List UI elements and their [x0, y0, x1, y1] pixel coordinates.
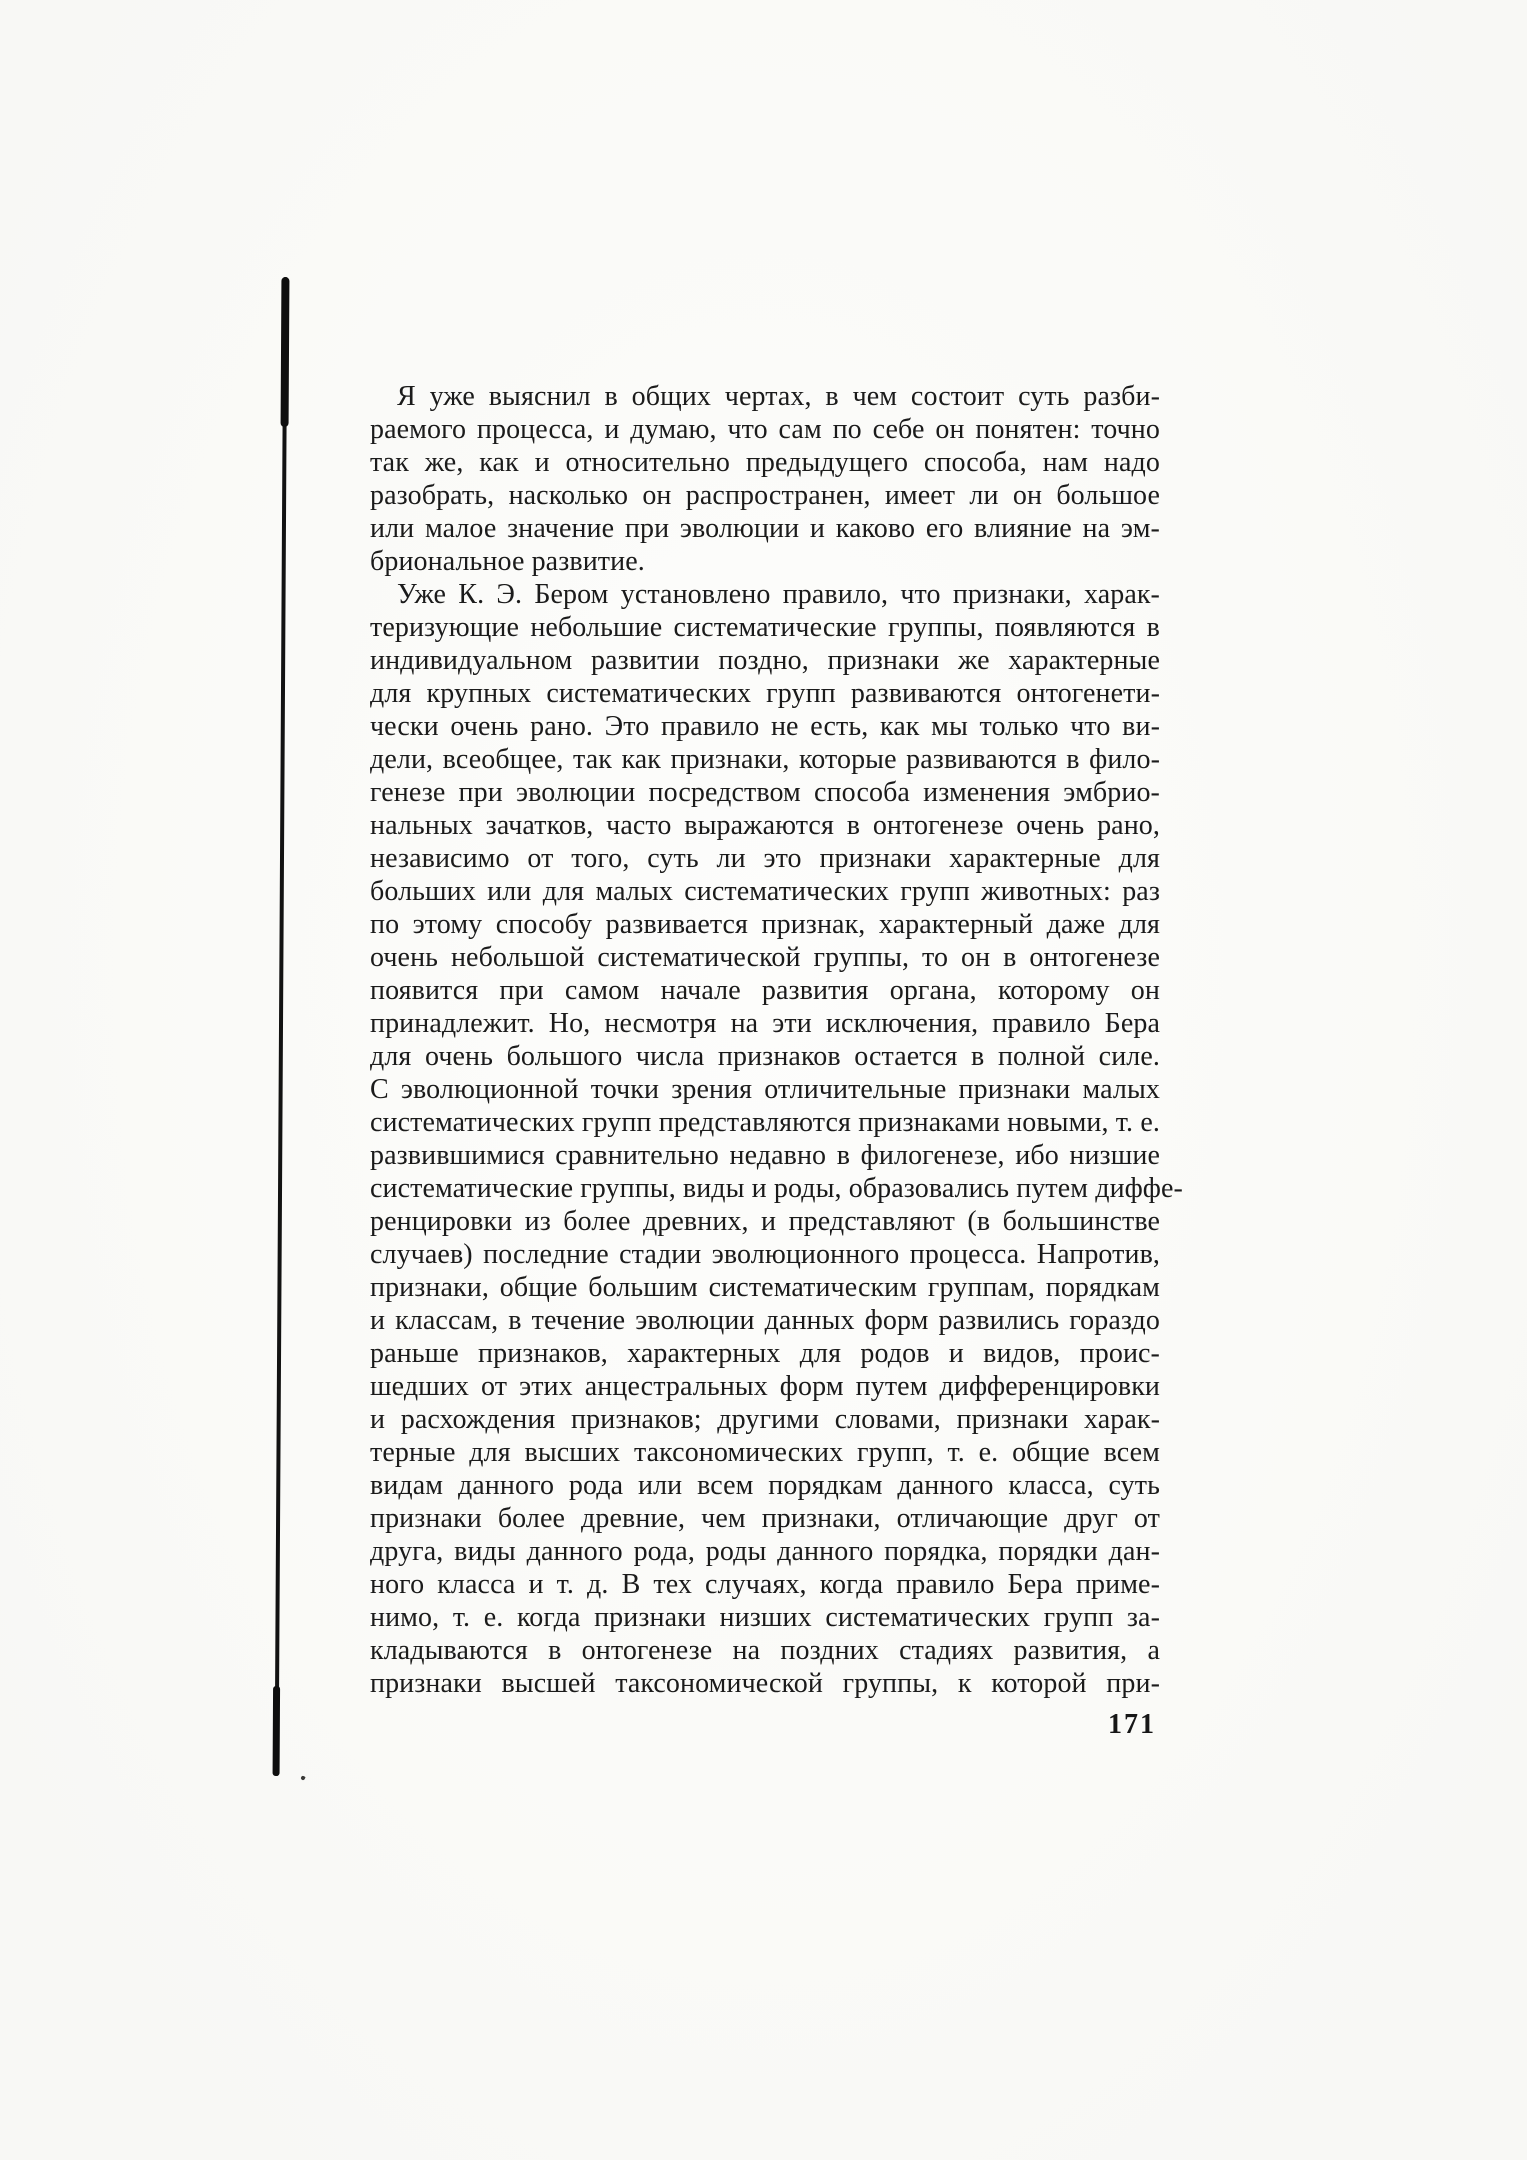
text-line: чески очень рано. Это правило не есть, к…: [370, 710, 1160, 743]
gutter-line-thick-bottom: [273, 1686, 281, 1776]
text-line: шедших от этих анцестральных форм путем …: [370, 1370, 1160, 1403]
scanned-book-page: Я уже выяснил в общих чертах, в чем сост…: [0, 0, 1527, 2160]
text-line: теризующие небольшие систематические гру…: [370, 611, 1160, 644]
text-line: индивидуальном развитии поздно, признаки…: [370, 644, 1160, 677]
text-line: развившимися сравнительно недавно в фило…: [370, 1139, 1160, 1172]
text-line: бриональное развитие.: [370, 545, 1160, 578]
text-line: нимо, т. е. когда признаки низших систем…: [370, 1601, 1160, 1634]
text-line: генезе при эволюции посредством способа …: [370, 776, 1160, 809]
text-line: случаев) последние стадии эволюционного …: [370, 1238, 1160, 1271]
text-line: для крупных систематических групп развив…: [370, 677, 1160, 710]
text-line: Я уже выяснил в общих чертах, в чем сост…: [370, 380, 1160, 413]
text-line: С эволюционной точки зрения отличительны…: [370, 1073, 1160, 1106]
text-line: так же, как и относительно предыдущего с…: [370, 446, 1160, 479]
text-line: по этому способу развивается признак, ха…: [370, 908, 1160, 941]
text-line: и расхождения признаков; другими словами…: [370, 1403, 1160, 1436]
text-line: раемого процесса, и думаю, что сам по се…: [370, 413, 1160, 446]
text-line: или малое значение при эволюции и каково…: [370, 512, 1160, 545]
text-line: дели, всеобщее, так как признаки, которы…: [370, 743, 1160, 776]
ink-speck: [300, 1775, 305, 1780]
gutter-line-thick-top: [281, 277, 290, 427]
text-block: Я уже выяснил в общих чертах, в чем сост…: [370, 380, 1160, 1700]
text-line: нальных зачатков, часто выражаются в онт…: [370, 809, 1160, 842]
text-line: ренцировки из более древних, и представл…: [370, 1205, 1160, 1238]
text-line: признаки более древние, чем признаки, от…: [370, 1502, 1160, 1535]
text-line: видам данного рода или всем порядкам дан…: [370, 1469, 1160, 1502]
text-line: признаки высшей таксономической группы, …: [370, 1667, 1160, 1700]
text-line: друга, виды данного рода, роды данного п…: [370, 1535, 1160, 1568]
text-line: очень небольшой систематической группы, …: [370, 941, 1160, 974]
page-number: 171: [1108, 1709, 1168, 1741]
text-line: появится при самом начале развития орган…: [370, 974, 1160, 1007]
text-line: терные для высших таксономических групп,…: [370, 1436, 1160, 1469]
text-line: больших или для малых систематических гр…: [370, 875, 1160, 908]
text-line: принадлежит. Но, несмотря на эти исключе…: [370, 1007, 1160, 1040]
text-line: Уже К. Э. Бером установлено правило, что…: [370, 578, 1160, 611]
text-line: и классам, в течение эволюции данных фор…: [370, 1304, 1160, 1337]
text-line: кладываются в онтогенезе на поздних стад…: [370, 1634, 1160, 1667]
text-line: для очень большого числа признаков остае…: [370, 1040, 1160, 1073]
text-line: систематические группы, виды и роды, обр…: [370, 1172, 1160, 1205]
text-line: признаки, общие большим систематическим …: [370, 1271, 1160, 1304]
text-line: раньше признаков, характерных для родов …: [370, 1337, 1160, 1370]
text-line: ного класса и т. д. В тех случаях, когда…: [370, 1568, 1160, 1601]
text-line: независимо от того, суть ли это признаки…: [370, 842, 1160, 875]
text-line: систематических групп представляются при…: [370, 1106, 1160, 1139]
gutter-line: [275, 277, 288, 1776]
text-line: разобрать, насколько он распространен, и…: [370, 479, 1160, 512]
